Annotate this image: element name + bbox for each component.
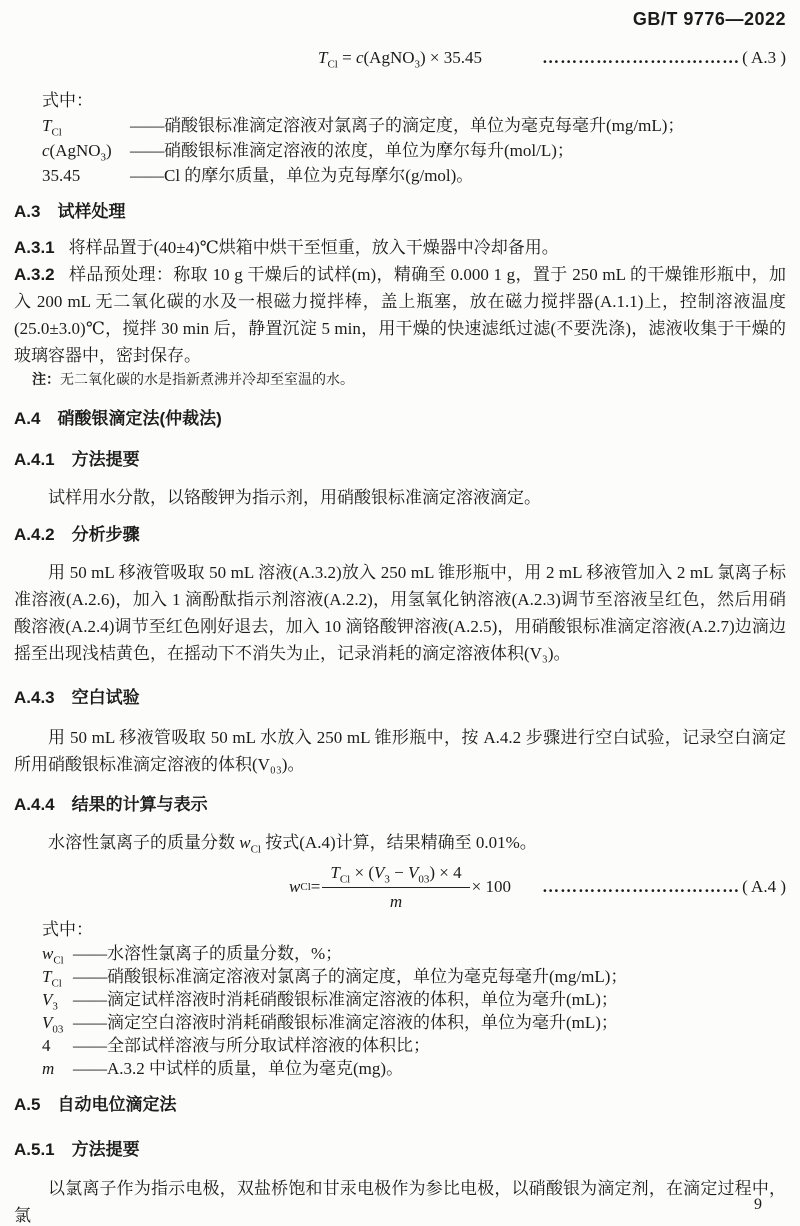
symbol-row-v03: V03 —— 滴定空白溶液时消耗硝酸银标准滴定溶液的体积，单位为毫升(mL)； <box>14 1011 786 1034</box>
symbol-list-2: wCl —— 水溶性氯离子的质量分数，%； TCl —— 硝酸银标准滴定溶液对氯… <box>14 942 786 1080</box>
section-number: A.4.1 <box>14 450 55 469</box>
symbol-row-cagno3: c(AgNO3) —— 硝酸银标准滴定溶液的浓度，单位为摩尔每升(mol/L)； <box>14 138 786 163</box>
formula-a3-expression: TCl = c(AgNO3) × 35.45 <box>318 44 482 72</box>
note-text: 无二氧化碳的水是指新煮沸并冷却至室温的水。 <box>60 373 354 388</box>
definition-text: 硝酸银标准滴定溶液对氯离子的滴定度，单位为毫克每毫升(mg/mL)； <box>164 113 786 138</box>
section-number: A.3 <box>14 202 40 221</box>
sub-cl: Cl <box>327 58 337 70</box>
symbols-intro-2: 式中： <box>14 917 786 942</box>
symbol-term: 35.45 <box>42 163 130 188</box>
equals-sign: = <box>311 877 321 897</box>
symbol-term: V3 <box>42 988 73 1011</box>
formula-a4-expression: wCl = TCl × (V3 − V03) × 4m × 100 <box>289 858 511 916</box>
symbol-row-m: m —— A.3.2 中试样的质量，单位为毫克(mg)。 <box>14 1057 786 1080</box>
formula-a3-number: ( A.3 ) <box>742 48 786 67</box>
definition-text: 滴定试样溶液时消耗硝酸银标准滴定溶液的体积，单位为毫升(mL)； <box>107 988 786 1011</box>
section-title: 结果的计算与表示 <box>72 795 208 814</box>
clause-a32: A.3.2样品预处理：称取 10 g 干燥后的试样(m)，精确至 0.000 1… <box>14 261 786 369</box>
definition-text: 水溶性氯离子的质量分数，%； <box>107 942 786 965</box>
var-c: c <box>356 48 364 67</box>
var-w: w <box>239 833 250 852</box>
clause-text: 将样品置于(40±4)℃烘箱中烘干至恒重，放入干燥器中冷却备用。 <box>69 238 559 257</box>
var-v03: V <box>408 863 418 882</box>
document-page: GB/T 9776—2022 TCl = c(AgNO3) × 35.45 ……… <box>0 0 800 1226</box>
formula-a4-row: wCl = TCl × (V3 − V03) × 4m × 100 ………………… <box>14 858 786 916</box>
clause-number: A.3.1 <box>14 238 55 257</box>
agno-text: (AgNO <box>364 48 415 67</box>
definition-text: 全部试样溶液与所分取试样溶液的体积比； <box>107 1034 786 1057</box>
var-T: T <box>330 863 339 882</box>
section-title: 试样处理 <box>57 202 125 221</box>
formula-a3-row: TCl = c(AgNO3) × 35.45 ……………………………( A.3 … <box>14 44 786 72</box>
definition-text: Cl 的摩尔质量，单位为克每摩尔(g/mol)。 <box>164 163 786 188</box>
definition-dash: —— <box>73 1011 107 1034</box>
paragraph-a41: 试样用水分散，以铬酸钾为指示剂，用硝酸银标准滴定溶液滴定。 <box>14 484 786 511</box>
intro-post: 按式(A.4)计算，结果精确至 0.01%。 <box>261 833 537 852</box>
paragraph-a51: 以氯离子作为指示电极，双盐桥饱和甘汞电极作为参比电极，以硝酸银为滴定剂，在滴定过… <box>14 1175 786 1226</box>
sub-cl: Cl <box>340 873 350 885</box>
symbol-row-tcl: TCl —— 硝酸银标准滴定溶液对氯离子的滴定度，单位为毫克每毫升(mg/mL)… <box>14 965 786 988</box>
equals-sign: = <box>338 48 356 67</box>
times-4: ) × 4 <box>429 863 461 882</box>
doc-header: GB/T 9776—2022 <box>14 0 786 30</box>
section-number: A.5 <box>14 1095 40 1114</box>
symbol-term: TCl <box>42 965 73 988</box>
clause-text: 样品预处理：称取 10 g 干燥后的试样(m)，精确至 0.000 1 g，置于… <box>14 265 786 365</box>
fraction-denominator: m <box>322 888 469 913</box>
section-heading-a51: A.5.1方法提要 <box>14 1138 786 1162</box>
standard-number: GB/T 9776—2022 <box>633 9 786 29</box>
intro-pre: 水溶性氯离子的质量分数 <box>48 833 239 852</box>
term-var: V <box>42 990 52 1009</box>
times-open: × ( <box>350 863 374 882</box>
dot-leader: …………………………… <box>542 877 740 896</box>
section-title: 分析步骤 <box>72 525 140 544</box>
section-heading-a5: A.5自动电位滴定法 <box>14 1093 786 1117</box>
definition-text: 硝酸银标准滴定溶液的浓度，单位为摩尔每升(mol/L)； <box>164 138 786 163</box>
dot-leader: …………………………… <box>542 48 740 67</box>
definition-text: A.3.2 中试样的质量，单位为毫克(mg)。 <box>107 1057 786 1080</box>
note-label: 注： <box>32 373 60 388</box>
definition-text: 硝酸银标准滴定溶液对氯离子的滴定度，单位为毫克每毫升(mg/mL)； <box>107 965 786 988</box>
section-heading-a3: A.3试样处理 <box>14 200 786 224</box>
page-number: 9 <box>754 1196 762 1214</box>
symbol-row-molar-mass: 35.45 —— Cl 的摩尔质量，单位为克每摩尔(g/mol)。 <box>14 163 786 188</box>
term-rest: (AgNO <box>50 141 101 160</box>
symbol-row-wcl: wCl —— 水溶性氯离子的质量分数，%； <box>14 942 786 965</box>
symbol-term: m <box>42 1057 73 1080</box>
term-var: c <box>42 141 50 160</box>
section-number: A.4.3 <box>14 688 55 707</box>
symbol-row-4: 4 —— 全部试样溶液与所分取试样溶液的体积比； <box>14 1034 786 1057</box>
paragraph-a42: 用 50 mL 移液管吸取 50 mL 溶液(A.3.2)放入 250 mL 锥… <box>14 559 786 667</box>
term-var: V <box>42 1013 52 1032</box>
symbol-list-1: TCl —— 硝酸银标准滴定溶液对氯离子的滴定度，单位为毫克每毫升(mg/mL)… <box>14 113 786 188</box>
section-number: A.4.2 <box>14 525 55 544</box>
fraction: TCl × (V3 − V03) × 4m <box>322 862 469 913</box>
symbol-term: c(AgNO3) <box>42 138 130 163</box>
definition-text: 滴定空白溶液时消耗硝酸银标准滴定溶液的体积，单位为毫升(mL)； <box>107 1011 786 1034</box>
term-sub: Cl <box>51 126 61 138</box>
symbol-row-tcl: TCl —— 硝酸银标准滴定溶液对氯离子的滴定度，单位为毫克每毫升(mg/mL)… <box>14 113 786 138</box>
section-title: 方法提要 <box>72 450 140 469</box>
clause-a31: A.3.1将样品置于(40±4)℃烘箱中烘干至恒重，放入干燥器中冷却备用。 <box>14 234 786 261</box>
symbols-intro-1: 式中： <box>14 88 786 113</box>
formula-a3-rest: ) × 35.45 <box>420 48 482 67</box>
formula-a4-tail: ……………………………( A.4 ) <box>542 877 786 897</box>
section-title: 方法提要 <box>72 1140 140 1159</box>
term-rest: 35.45 <box>42 166 80 185</box>
times-100: × 100 <box>472 877 511 897</box>
section-number: A.4 <box>14 409 40 428</box>
formula-a3-tail: ……………………………( A.3 ) <box>542 44 786 72</box>
definition-dash: —— <box>73 1034 107 1057</box>
fraction-numerator: TCl × (V3 − V03) × 4 <box>322 862 469 888</box>
sub-cl: Cl <box>251 843 261 855</box>
definition-dash: —— <box>73 1057 107 1080</box>
symbol-term: TCl <box>42 113 130 138</box>
section-title: 自动电位滴定法 <box>57 1095 176 1114</box>
minus-sign: − <box>390 863 408 882</box>
symbol-row-v3: V3 —— 滴定试样溶液时消耗硝酸银标准滴定溶液的体积，单位为毫升(mL)； <box>14 988 786 1011</box>
section-title: 硝酸银滴定法(仲裁法) <box>57 409 221 428</box>
note: 注：无二氧化碳的水是指新煮沸并冷却至室温的水。 <box>32 371 786 391</box>
symbol-term: V03 <box>42 1011 73 1034</box>
section-number: A.5.1 <box>14 1140 55 1159</box>
definition-dash: —— <box>73 965 107 988</box>
definition-dash: —— <box>130 163 164 188</box>
section-heading-a43: A.4.3空白试验 <box>14 686 786 710</box>
definition-dash: —— <box>130 138 164 163</box>
definition-dash: —— <box>73 988 107 1011</box>
term-var: w <box>42 944 53 963</box>
term-after: ) <box>106 141 112 160</box>
section-heading-a44: A.4.4结果的计算与表示 <box>14 793 786 817</box>
symbol-term: wCl <box>42 942 73 965</box>
definition-dash: —— <box>130 113 164 138</box>
section-title: 空白试验 <box>72 688 140 707</box>
clause-number: A.3.2 <box>14 265 55 284</box>
section-heading-a4: A.4硝酸银滴定法(仲裁法) <box>14 407 786 431</box>
symbol-term: 4 <box>42 1034 73 1057</box>
section-number: A.4.4 <box>14 795 55 814</box>
definition-dash: —— <box>73 942 107 965</box>
formula-a4-number: ( A.4 ) <box>742 877 786 896</box>
paragraph-a43: 用 50 mL 移液管吸取 50 mL 水放入 250 mL 锥形瓶中，按 A.… <box>14 724 786 778</box>
var-w: w <box>289 877 300 897</box>
paragraph-a44-intro: 水溶性氯离子的质量分数 wCl 按式(A.4)计算，结果精确至 0.01%。 <box>14 829 786 856</box>
term-var: m <box>42 1059 54 1078</box>
var-v3: V <box>374 863 384 882</box>
sub-03: 03 <box>418 873 429 885</box>
term-rest: 4 <box>42 1036 51 1055</box>
section-heading-a41: A.4.1方法提要 <box>14 448 786 472</box>
section-heading-a42: A.4.2分析步骤 <box>14 523 786 547</box>
